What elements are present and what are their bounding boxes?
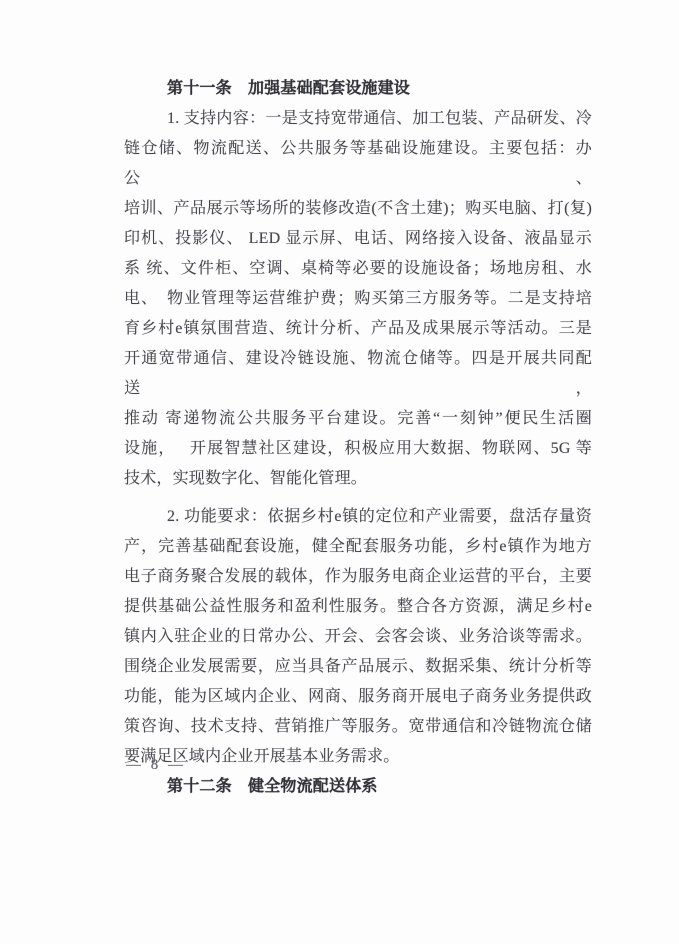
text-line: 系 统、文件柜、空调、桌椅等必要的设施设备；场地房租、水 [124, 254, 592, 284]
text-line: 产，完善基础配套设施，健全配套服务功能，乡村e镇作为地方 [124, 532, 592, 562]
text-line: 要满足区域内企业开展基本业务需求。 [124, 742, 592, 772]
text-line: 培训、产品展示等场所的装修改造(不含土建)；购买电脑、打(复) [124, 194, 592, 224]
text-line: 技术，实现数字化、智能化管理。 [124, 464, 592, 494]
text-line: 电、 物业管理等运营维护费；购买第三方服务等。二是支持培 [124, 284, 592, 314]
text-line: 开通宽带通信、建设冷链设施、物流仓储等。四是开展共同配送， [124, 344, 592, 404]
text-line: 设施， 开展智慧社区建设，积极应用大数据、物联网、5G 等 [124, 434, 592, 464]
text-line: 策咨询、技术支持、营销推广等服务。宽带通信和冷链物流仓储 [124, 712, 592, 742]
text-line: 推动 寄递物流公共服务平台建设。完善“一刻钟”便民生活圈 [124, 404, 592, 434]
text-line: 电子商务聚合发展的载体，作为服务电商企业运营的平台，主要 [124, 562, 592, 592]
text-line: 链仓储、物流配送、公共服务等基础设施建设。主要包括：办公、 [124, 134, 592, 194]
text-line: 提供基础公益性服务和盈利性服务。整合各方资源，满足乡村e [124, 592, 592, 622]
text-line: 印机、投影仪、 LED 显示屏、电话、网络接入设备、液晶显示 [124, 224, 592, 254]
text-line: 2. 功能要求：依据乡村e镇的定位和产业需要，盘活存量资 [124, 502, 592, 532]
scanned-document-page: 第十一条 加强基础配套设施建设1. 支持内容：一是支持宽带通信、加工包装、产品研… [0, 0, 679, 944]
text-line: 功能，能为区域内企业、网商、服务商开展电子商务业务提供政 [124, 682, 592, 712]
text-line: 1. 支持内容：一是支持宽带通信、加工包装、产品研发、冷 [124, 104, 592, 134]
document-text-column: 第十一条 加强基础配套设施建设1. 支持内容：一是支持宽带通信、加工包装、产品研… [124, 74, 592, 802]
section-heading: 第十二条 健全物流配送体系 [124, 772, 592, 802]
text-line: 围绕企业发展需要，应当具备产品展示、数据采集、统计分析等 [124, 652, 592, 682]
text-line: 育乡村e镇氛围营造、统计分析、产品及成果展示等活动。三是 [124, 314, 592, 344]
section-heading: 第十一条 加强基础配套设施建设 [124, 74, 592, 104]
page-number: — 8 — [126, 754, 186, 776]
text-line: 镇内入驻企业的日常办公、开会、会客会谈、业务洽谈等需求。 [124, 622, 592, 652]
